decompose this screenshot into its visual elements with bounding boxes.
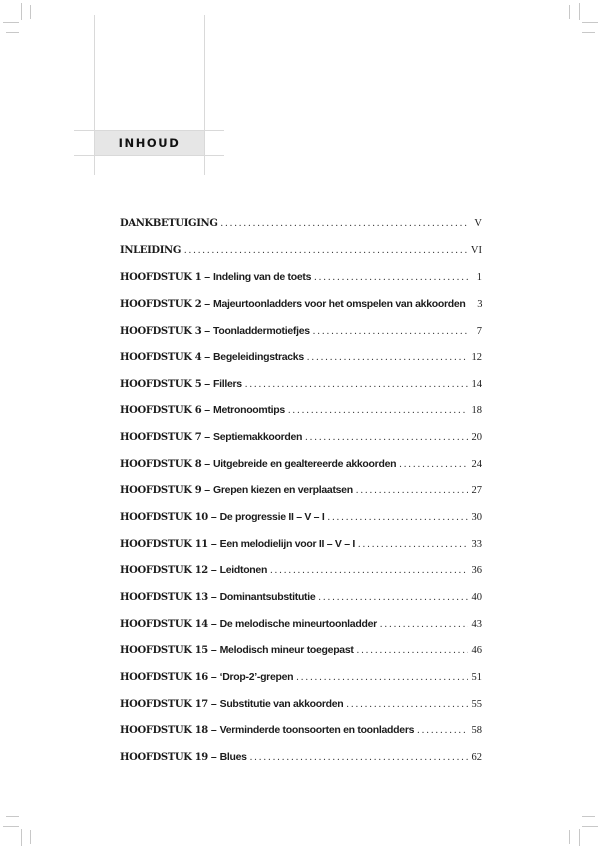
toc-dot-leader: [221, 218, 468, 229]
toc-entry-page-number: 40: [472, 592, 483, 603]
crop-mark-top-left: [3, 22, 19, 23]
toc-entry[interactable]: HOOFDSTUK 2 – Majeurtoonladders voor het…: [120, 298, 482, 325]
toc-entry-page-number: 43: [472, 619, 483, 630]
toc-entry-page-number: 51: [472, 672, 483, 683]
toc-entry[interactable]: HOOFDSTUK 6 – Metronoomtips18: [120, 404, 482, 431]
toc-dot-leader: [357, 645, 468, 656]
toc-entry-title: Toonladdermotiefjes: [213, 325, 310, 337]
toc-entry-title: De melodische mineurtoonladder: [220, 618, 377, 630]
crop-mark-bottom-right: [569, 830, 570, 844]
crop-mark-top-right: [582, 22, 598, 23]
toc-entry[interactable]: HOOFDSTUK 19 – Blues62: [120, 751, 482, 778]
toc-dot-leader: [288, 405, 468, 416]
toc-dot-leader: [346, 699, 467, 710]
toc-entry-separator: –: [208, 724, 220, 736]
toc-entry-separator: –: [201, 404, 213, 416]
toc-entry-separator: –: [208, 564, 220, 576]
toc-dot-leader: [270, 565, 467, 576]
toc-entry[interactable]: HOOFDSTUK 10 – De progressie II – V – I3…: [120, 511, 482, 538]
toc-dot-leader: [358, 539, 467, 550]
toc-entry-label: HOOFDSTUK 4: [120, 352, 201, 363]
crop-mark-bottom-right: [582, 816, 595, 817]
header-guide-horizontal-bottom: [74, 155, 224, 156]
toc-entry-page-number: 30: [472, 512, 483, 523]
toc-entry-separator: –: [201, 271, 213, 283]
toc-entry-separator: –: [201, 298, 213, 310]
toc-entry[interactable]: HOOFDSTUK 5 – Fillers14: [120, 378, 482, 405]
toc-entry-label: HOOFDSTUK 9: [120, 485, 201, 496]
toc-entry[interactable]: HOOFDSTUK 8 – Uitgebreide en gealtereerd…: [120, 458, 482, 485]
toc-entry-label: HOOFDSTUK 1: [120, 272, 201, 283]
toc-entry-title: Verminderde toonsoorten en toonladders: [220, 724, 415, 736]
toc-dot-leader: [313, 326, 468, 337]
toc-entry-label: HOOFDSTUK 8: [120, 459, 201, 470]
toc-entry-label: HOOFDSTUK 19: [120, 752, 208, 763]
crop-mark-top-left: [6, 32, 19, 33]
toc-entry-page-number: 27: [472, 485, 483, 496]
toc-entry-separator: –: [208, 751, 220, 763]
toc-entry-page-number: 62: [472, 752, 483, 763]
toc-entry-title: De progressie II – V – I: [220, 511, 325, 523]
toc-entry-page-number: 33: [472, 539, 483, 550]
toc-entry-label: HOOFDSTUK 12: [120, 565, 208, 576]
toc-entry-title: Uitgebreide en gealtereerde akkoorden: [213, 458, 396, 470]
toc-entry-page-number: 46: [472, 645, 483, 656]
toc-entry-title: Majeurtoonladders voor het omspelen van …: [213, 298, 466, 310]
crop-mark-top-right: [582, 32, 595, 33]
toc-entry-page-number: 55: [472, 699, 483, 710]
toc-entry-label: HOOFDSTUK 11: [120, 539, 208, 550]
toc-entry[interactable]: HOOFDSTUK 14 – De melodische mineurtoonl…: [120, 618, 482, 645]
toc-entry-separator: –: [208, 698, 220, 710]
toc-dot-leader: [307, 352, 468, 363]
toc-entry-page-number: 58: [472, 725, 483, 736]
toc-entry-title: Melodisch mineur toegepast: [220, 644, 354, 656]
toc-entry[interactable]: HOOFDSTUK 4 – Begeleidingstracks12: [120, 351, 482, 378]
toc-entry[interactable]: DANKBETUIGINGV: [120, 218, 482, 245]
toc-entry-separator: –: [208, 591, 220, 603]
toc-entry-title: Een melodielijn voor II – V – I: [220, 538, 355, 550]
toc-entry[interactable]: HOOFDSTUK 11 – Een melodielijn voor II –…: [120, 538, 482, 565]
page-title: INHOUD: [95, 131, 204, 155]
toc-entry-label: HOOFDSTUK 2: [120, 299, 201, 310]
toc-entry-separator: –: [208, 538, 220, 550]
header-guide-vertical-right: [204, 15, 205, 175]
toc-dot-leader: [305, 432, 467, 443]
toc-entry-title: Dominantsubstitutie: [220, 591, 316, 603]
crop-mark-bottom-left: [30, 830, 31, 844]
toc-entry-separator: –: [201, 325, 213, 337]
toc-entry-separator: –: [201, 431, 213, 443]
crop-mark-bottom-left: [21, 829, 22, 846]
toc-dot-leader: [250, 752, 468, 763]
crop-mark-bottom-left: [3, 826, 19, 827]
toc-entry-title: Leidtonen: [220, 564, 267, 576]
toc-dot-leader: [399, 459, 467, 470]
toc-entry-title: ‘Drop-2’-grepen: [220, 671, 294, 683]
toc-entry-separator: –: [201, 351, 213, 363]
table-of-contents: DANKBETUIGINGVINLEIDINGVIHOOFDSTUK 1 – I…: [120, 218, 482, 777]
toc-entry[interactable]: HOOFDSTUK 17 – Substitutie van akkoorden…: [120, 698, 482, 725]
toc-entry-label: HOOFDSTUK 13: [120, 592, 208, 603]
toc-entry-page-number: 14: [472, 379, 483, 390]
toc-dot-leader: [356, 485, 468, 496]
toc-entry[interactable]: HOOFDSTUK 18 – Verminderde toonsoorten e…: [120, 724, 482, 751]
toc-entry-label: HOOFDSTUK 3: [120, 326, 201, 337]
toc-entry-title: Begeleidingstracks: [213, 351, 304, 363]
toc-dot-leader: [314, 272, 468, 283]
crop-mark-bottom-right: [582, 826, 598, 827]
toc-entry-separator: –: [201, 458, 213, 470]
toc-entry[interactable]: HOOFDSTUK 13 – Dominantsubstitutie40: [120, 591, 482, 618]
toc-entry-title: Blues: [220, 751, 247, 763]
toc-entry-page-number: 36: [472, 565, 483, 576]
crop-mark-top-left: [21, 3, 22, 20]
toc-entry-label: HOOFDSTUK 7: [120, 432, 201, 443]
toc-entry-page-number: 12: [472, 352, 483, 363]
toc-entry-label: HOOFDSTUK 6: [120, 405, 201, 416]
toc-entry[interactable]: HOOFDSTUK 1 – Indeling van de toets1: [120, 271, 482, 298]
toc-entry[interactable]: HOOFDSTUK 9 – Grepen kiezen en verplaats…: [120, 484, 482, 511]
toc-entry-label: HOOFDSTUK 18: [120, 725, 208, 736]
toc-dot-leader: [318, 592, 467, 603]
toc-entry-separator: –: [208, 511, 220, 523]
toc-entry-label: HOOFDSTUK 16: [120, 672, 208, 683]
toc-entry-separator: –: [201, 378, 213, 390]
toc-entry-title: Grepen kiezen en verplaatsen: [213, 484, 353, 496]
toc-entry[interactable]: HOOFDSTUK 15 – Melodisch mineur toegepas…: [120, 644, 482, 671]
toc-entry[interactable]: HOOFDSTUK 12 – Leidtonen36: [120, 564, 482, 591]
toc-entry-label: DANKBETUIGING: [120, 218, 218, 229]
crop-mark-top-left: [30, 5, 31, 19]
toc-entry-page-number: V: [472, 218, 482, 229]
toc-entry-label: INLEIDING: [120, 245, 181, 256]
toc-entry-page-number: 20: [472, 432, 483, 443]
toc-entry-page-number: 1: [472, 272, 482, 283]
toc-entry[interactable]: HOOFDSTUK 3 – Toonladdermotiefjes7: [120, 325, 482, 352]
crop-mark-top-right: [569, 5, 570, 19]
toc-entry-label: HOOFDSTUK 5: [120, 379, 201, 390]
toc-entry-label: HOOFDSTUK 10: [120, 512, 208, 523]
crop-mark-top-right: [579, 3, 580, 20]
toc-dot-leader: [296, 672, 467, 683]
toc-dot-leader: [245, 379, 468, 390]
toc-entry[interactable]: HOOFDSTUK 16 – ‘Drop-2’-grepen51: [120, 671, 482, 698]
toc-dot-leader: [327, 512, 467, 523]
toc-entry-title: Septiemakkoorden: [213, 431, 302, 443]
toc-entry-separator: –: [208, 671, 220, 683]
toc-dot-leader: [380, 619, 468, 630]
toc-entry-title: Substitutie van akkoorden: [220, 698, 344, 710]
toc-entry-title: Fillers: [213, 378, 242, 390]
toc-entry-label: HOOFDSTUK 17: [120, 699, 208, 710]
crop-mark-bottom-right: [579, 829, 580, 846]
toc-entry-separator: –: [208, 644, 220, 656]
toc-dot-leader: [417, 725, 467, 736]
toc-entry-page-number: 3: [473, 299, 483, 310]
toc-dot-leader: [184, 245, 467, 256]
toc-entry[interactable]: INLEIDINGVI: [120, 245, 482, 272]
toc-entry-label: HOOFDSTUK 14: [120, 619, 208, 630]
toc-entry-title: Metronoomtips: [213, 404, 285, 416]
toc-entry-title: Indeling van de toets: [213, 271, 311, 283]
toc-entry-page-number: 7: [472, 326, 482, 337]
toc-entry-separator: –: [208, 618, 220, 630]
toc-entry[interactable]: HOOFDSTUK 7 – Septiemakkoorden20: [120, 431, 482, 458]
toc-entry-separator: –: [201, 484, 213, 496]
toc-entry-page-number: 24: [472, 459, 483, 470]
toc-entry-label: HOOFDSTUK 15: [120, 645, 208, 656]
toc-entry-page-number: VI: [471, 245, 482, 256]
crop-mark-bottom-left: [6, 816, 19, 817]
toc-entry-page-number: 18: [472, 405, 483, 416]
